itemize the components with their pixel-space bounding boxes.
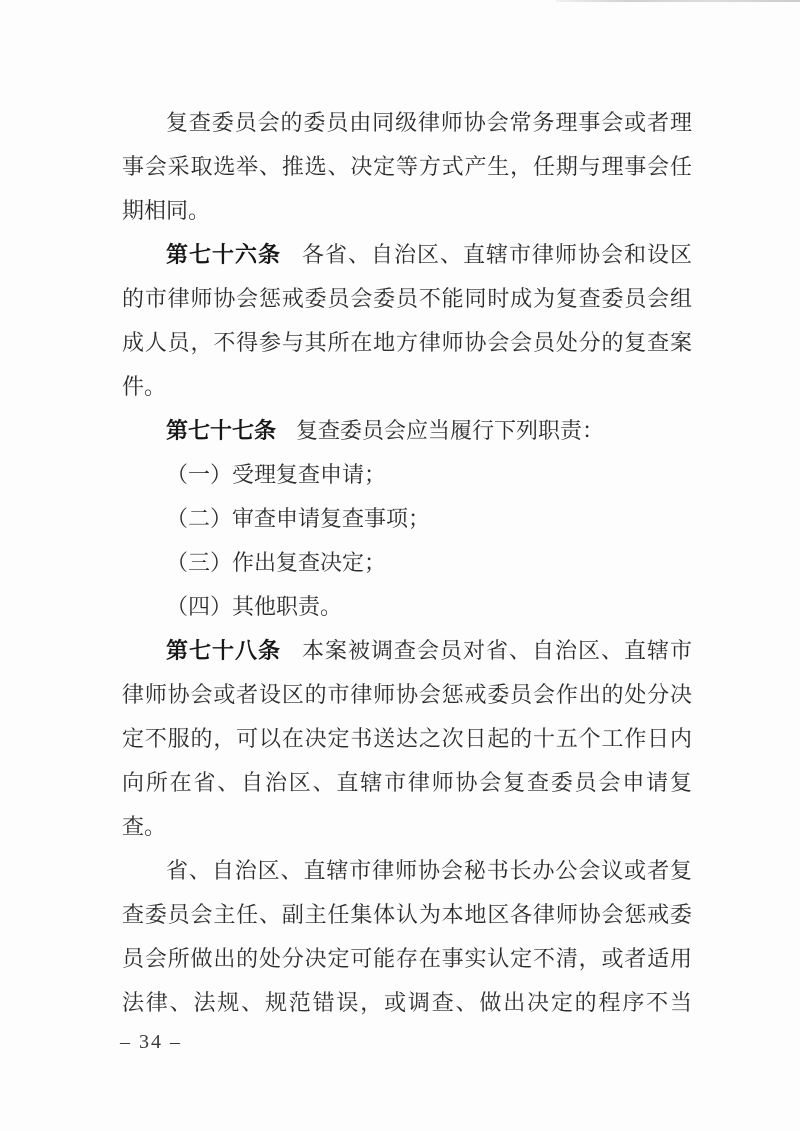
page-number: – 34 –: [120, 1031, 182, 1053]
text-line: 期相同。: [122, 189, 692, 233]
text-line: 成人员，不得参与其所在地方律师协会会员处分的复查案: [122, 321, 692, 365]
article-number-label: 第七十七条: [166, 418, 276, 443]
text-line: 复查委员会的委员由同级律师协会常务理事会或者理: [122, 101, 692, 145]
paragraph-secretary-general-review: 省、自治区、直辖市律师协会秘书长办公会议或者复查委员会主任、副主任集体认为本地区…: [122, 849, 692, 1025]
paragraph-review-committee-composition: 复查委员会的委员由同级律师协会常务理事会或者理事会采取选举、推选、决定等方式产生…: [122, 101, 692, 233]
text-line: 律师协会或者设区的市律师协会惩戒委员会作出的处分决: [122, 673, 692, 717]
paragraph-article-77-item-2: （二）审查申请复查事项；: [122, 497, 692, 541]
paragraph-article-77: 第七十七条复查委员会应当履行下列职责：: [122, 409, 692, 453]
document-page: 复查委员会的委员由同级律师协会常务理事会或者理事会采取选举、推选、决定等方式产生…: [0, 0, 800, 1131]
page-footer: – 34 –: [120, 1031, 182, 1054]
paragraph-article-78: 第七十八条本案被调查会员对省、自治区、直辖市律师协会或者设区的市律师协会惩戒委员…: [122, 629, 692, 849]
paragraph-article-77-item-1: （一）受理复查申请；: [122, 453, 692, 497]
article-number-label: 第七十八条: [166, 638, 281, 663]
text-line: 的市律师协会惩戒委员会委员不能同时成为复查委员会组: [122, 277, 692, 321]
document-body: 复查委员会的委员由同级律师协会常务理事会或者理事会采取选举、推选、决定等方式产生…: [122, 101, 692, 1025]
text-line: 定不服的，可以在决定书送达之次日起的十五个工作日内: [122, 717, 692, 761]
article-number-label: 第七十六条: [166, 242, 281, 267]
text-line: 事会采取选举、推选、决定等方式产生，任期与理事会任: [122, 145, 692, 189]
text-line: 第七十六条各省、自治区、直辖市律师协会和设区: [122, 233, 692, 277]
text-line: 第七十七条复查委员会应当履行下列职责：: [122, 409, 692, 453]
text-line: 查委员会主任、副主任集体认为本地区各律师协会惩戒委: [122, 893, 692, 937]
paragraph-article-76: 第七十六条各省、自治区、直辖市律师协会和设区的市律师协会惩戒委员会委员不能同时成…: [122, 233, 692, 409]
text-line: 向所在省、自治区、直辖市律师协会复查委员会申请复: [122, 761, 692, 805]
text-line: 法律、法规、规范错误，或调查、做出决定的程序不当: [122, 981, 692, 1025]
text-line: 查。: [122, 805, 692, 849]
paragraph-article-77-item-4: （四）其他职责。: [122, 585, 692, 629]
text-line: （一）受理复查申请；: [122, 453, 692, 497]
text-line: 省、自治区、直辖市律师协会秘书长办公会议或者复: [122, 849, 692, 893]
text-line: 第七十八条本案被调查会员对省、自治区、直辖市: [122, 629, 692, 673]
text-line: （三）作出复查决定；: [122, 541, 692, 585]
scan-artifact-line: [556, 0, 800, 2]
text-line: 员会所做出的处分决定可能存在事实认定不清，或者适用: [122, 937, 692, 981]
text-line: （二）审查申请复查事项；: [122, 497, 692, 541]
paragraph-article-77-item-3: （三）作出复查决定；: [122, 541, 692, 585]
text-line: （四）其他职责。: [122, 585, 692, 629]
text-line: 件。: [122, 365, 692, 409]
